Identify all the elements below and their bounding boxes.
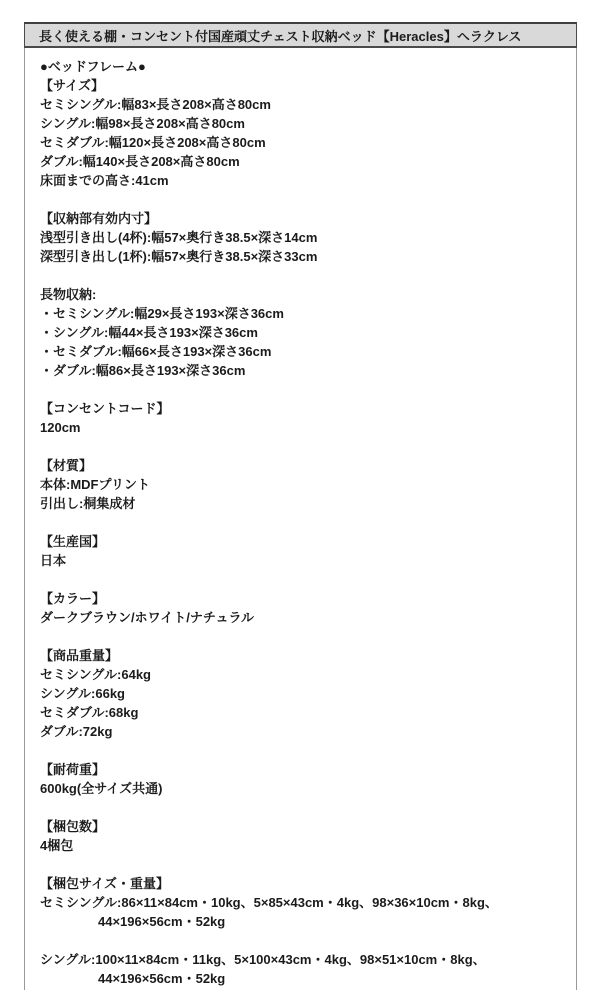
spec-blank-line bbox=[40, 570, 561, 589]
spec-line: シングル:100×11×84cm・11kg、5×100×43cm・4kg、98×… bbox=[40, 950, 561, 969]
spec-line: 引出し:桐集成材 bbox=[40, 494, 561, 513]
spec-line: ・セミダブル:幅66×長さ193×深さ36cm bbox=[40, 342, 561, 361]
spec-blank-line bbox=[40, 855, 561, 874]
product-title-bar: 長く使える棚・コンセント付国産頑丈チェスト収納ベッド【Heracles】ヘラクレ… bbox=[24, 22, 577, 48]
spec-line: セミダブル:68kg bbox=[40, 703, 561, 722]
spec-line: ダブル:幅140×長さ208×高さ80cm bbox=[40, 152, 561, 171]
spec-line: シングル:幅98×長さ208×高さ80cm bbox=[40, 114, 561, 133]
spec-line: 【梱包サイズ・重量】 bbox=[40, 874, 561, 893]
spec-line: 120cm bbox=[40, 418, 561, 437]
spec-line: ダークブラウン/ホワイト/ナチュラル bbox=[40, 608, 561, 627]
spec-line: シングル:66kg bbox=[40, 684, 561, 703]
spec-line: ・セミシングル:幅29×長さ193×深さ36cm bbox=[40, 304, 561, 323]
spec-line: 【カラー】 bbox=[40, 589, 561, 608]
spec-line: ダブル:72kg bbox=[40, 722, 561, 741]
spec-line: セミシングル:86×11×84cm・10kg、5×85×43cm・4kg、98×… bbox=[40, 893, 561, 912]
spec-blank-line bbox=[40, 741, 561, 760]
spec-blank-line bbox=[40, 798, 561, 817]
spec-line: セミシングル:64kg bbox=[40, 665, 561, 684]
spec-line: ・シングル:幅44×長さ193×深さ36cm bbox=[40, 323, 561, 342]
spec-line: 44×196×56cm・52kg bbox=[40, 969, 561, 988]
spec-line: 600kg(全サイズ共通) bbox=[40, 779, 561, 798]
spec-line: 【生産国】 bbox=[40, 532, 561, 551]
spec-line: ・ダブル:幅86×長さ193×深さ36cm bbox=[40, 361, 561, 380]
spec-blank-line bbox=[40, 627, 561, 646]
spec-line: 長物収納: bbox=[40, 285, 561, 304]
spec-line: セミシングル:幅83×長さ208×高さ80cm bbox=[40, 95, 561, 114]
spec-line: 床面までの高さ:41cm bbox=[40, 171, 561, 190]
spec-line: 日本 bbox=[40, 551, 561, 570]
spec-body: ●ベッドフレーム●【サイズ】セミシングル:幅83×長さ208×高さ80cmシング… bbox=[24, 48, 577, 990]
spec-line: 【収納部有効内寸】 bbox=[40, 209, 561, 228]
spec-blank-line bbox=[40, 513, 561, 532]
spec-line: 【コンセントコード】 bbox=[40, 399, 561, 418]
spec-blank-line bbox=[40, 266, 561, 285]
spec-line: 44×196×56cm・52kg bbox=[40, 912, 561, 931]
spec-line: 4梱包 bbox=[40, 836, 561, 855]
spec-line: 【耐荷重】 bbox=[40, 760, 561, 779]
spec-line: 【サイズ】 bbox=[40, 76, 561, 95]
spec-line: セミダブル:幅120×長さ208×高さ80cm bbox=[40, 133, 561, 152]
spec-line: 【商品重量】 bbox=[40, 646, 561, 665]
product-spec-page: 長く使える棚・コンセント付国産頑丈チェスト収納ベッド【Heracles】ヘラクレ… bbox=[0, 0, 600, 990]
spec-line: 深型引き出し(1杯):幅57×奥行き38.5×深さ33cm bbox=[40, 247, 561, 266]
spec-lines: ●ベッドフレーム●【サイズ】セミシングル:幅83×長さ208×高さ80cmシング… bbox=[40, 57, 561, 988]
product-title: 長く使える棚・コンセント付国産頑丈チェスト収納ベッド【Heracles】ヘラクレ… bbox=[39, 26, 521, 45]
spec-blank-line bbox=[40, 931, 561, 950]
spec-line: 【材質】 bbox=[40, 456, 561, 475]
spec-blank-line bbox=[40, 437, 561, 456]
spec-line: 浅型引き出し(4杯):幅57×奥行き38.5×深さ14cm bbox=[40, 228, 561, 247]
spec-blank-line bbox=[40, 190, 561, 209]
spec-blank-line bbox=[40, 380, 561, 399]
spec-line: 本体:MDFプリント bbox=[40, 475, 561, 494]
spec-line: 【梱包数】 bbox=[40, 817, 561, 836]
spec-line: ●ベッドフレーム● bbox=[40, 57, 561, 76]
